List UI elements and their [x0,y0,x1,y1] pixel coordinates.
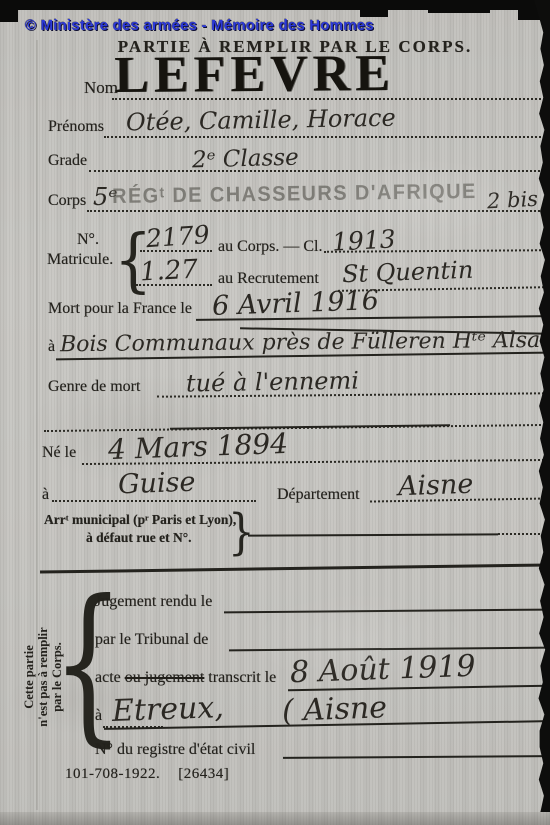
ruled-line [89,170,548,172]
matricule-label-line1: N°. [77,231,99,249]
nom-stamp-value: LEFEVRE [114,44,395,105]
tribunal-label: par le Tribunal de [95,631,208,649]
scan-blot [428,0,490,13]
classe-value: 1913 [331,224,396,256]
scanned-death-record: © Ministère des armées - Mémoire des Hom… [0,0,550,825]
ne-lieu-label: à [42,486,49,504]
marginal-note-line: par le Corps. [50,584,64,770]
scan-bottom-edge [0,812,550,825]
ruled-line [248,533,498,536]
ruled-line [229,647,548,652]
ne-le-value: 4 Mars 1894 [107,427,288,466]
marginal-note-line: n'est pas à remplir [36,584,50,770]
prenoms-label: Prénoms [48,118,104,136]
acte-transcrit-label: acte ou jugement transcrit le [95,669,276,687]
ruled-line [104,136,548,138]
scan-blot [360,0,388,17]
form-reference-number: 101-708-1922. [65,766,160,782]
ruled-line [52,500,256,502]
arrt-label-line2: à défaut rue et N°. [86,530,192,546]
acte-date-value: 8 Août 1919 [289,649,476,690]
arrt-brace: } [228,508,255,556]
matricule-corps-value: 2179 [145,220,210,253]
departement-label: Département [277,486,360,504]
au-corps-label: au Corps. — Cl. [218,238,322,256]
ruled-line [498,533,548,535]
corps-label: Corps [48,192,86,210]
mort-date-value: 6 Avril 1916 [212,285,380,322]
site-watermark: © Ministère des armées - Mémoire des Hom… [25,17,374,34]
jugement-lieu-value: Etreux, [111,690,224,729]
ruled-line [87,210,548,212]
matricule-recrutement-value: 1.27 [139,255,198,288]
departement-value: Aisne [397,469,473,503]
registre-label: N° du registre d'état civil [95,741,255,759]
acte-suffix: transcrit le [204,669,276,686]
genre-mort-label: Genre de mort [48,378,140,396]
mort-label: Mort pour la France le [48,300,192,318]
prenoms-value: Otée, Camille, Horace [126,104,396,137]
arrt-label-line1: Arrᵗ municipal (pʳ Paris et Lyon), [44,512,236,528]
au-recrutement-label: au Recrutement [218,270,319,288]
recrutement-value: St Quentin [342,256,474,289]
marginal-note-line: Cette partie [22,584,36,770]
footer-reference: 101-708-1922.[26434] [65,766,229,783]
matricule-label-line2: Matricule. [47,251,113,269]
ruled-line [283,755,548,759]
ne-le-label: Né le [42,444,76,462]
jugement-rendu-label: Jugement rendu le [95,593,212,611]
acte-prefix: acte [95,669,125,686]
form-bracket-number: [26434] [178,766,229,782]
nom-label: Nom [84,78,118,98]
jugement-dept-value: ( Aisne [281,690,387,729]
ne-lieu-value: Guise [117,467,195,501]
mort-lieu-value: Bois Communaux près de Fülleren Hᵗᵉ Alsa… [60,328,550,357]
mort-lieu-label: à [48,338,55,356]
marginal-note: Cette partie n'est pas à remplir par le … [22,584,64,770]
scan-blot [0,0,18,22]
jugement-lieu-label: à [95,707,102,725]
genre-mort-value: tué à l'ennemi [186,366,359,397]
regiment-stamp: RÉGᵗ DE CHASSEURS D'AFRIQUE [112,180,477,209]
ruled-line [224,609,548,614]
scan-right-edge [534,0,550,812]
corps-annotation-value: 2 bis [486,187,538,214]
grade-label: Grade [48,152,87,170]
acte-struck-words: ou jugement [125,669,205,686]
grade-value: 2ᵉ Classe [192,145,299,174]
